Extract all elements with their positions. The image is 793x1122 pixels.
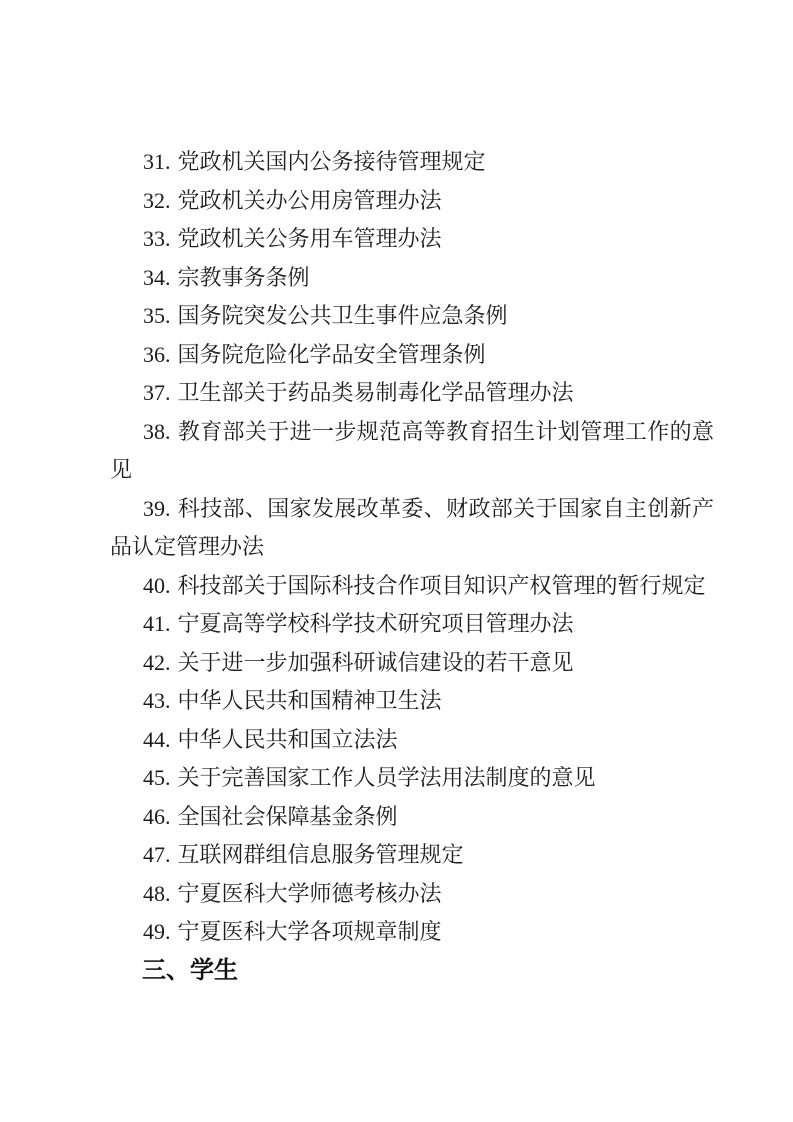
list-item: 47.互联网群组信息服务管理规定 xyxy=(110,836,714,875)
section-heading: 三、学生 xyxy=(110,952,714,991)
item-title: 全国社会保障基金条例 xyxy=(178,804,398,829)
list-item: 31.党政机关国内公务接待管理规定 xyxy=(110,143,714,182)
item-title: 宁夏医科大学师德考核办法 xyxy=(178,881,442,906)
item-number: 43. xyxy=(143,688,171,713)
item-number: 45. xyxy=(143,765,171,790)
item-title: 国务院危险化学品安全管理条例 xyxy=(178,342,486,367)
list-item: 34.宗教事务条例 xyxy=(110,259,714,298)
document-page: 31.党政机关国内公务接待管理规定 32.党政机关办公用房管理办法 33.党政机… xyxy=(0,0,793,1122)
item-title: 关于进一步加强科研诚信建设的若干意见 xyxy=(178,650,574,675)
item-title: 党政机关国内公务接待管理规定 xyxy=(178,149,486,174)
item-number: 49. xyxy=(143,919,171,944)
item-number: 33. xyxy=(143,226,171,251)
item-title: 卫生部关于药品类易制毒化学品管理办法 xyxy=(178,380,574,405)
item-title: 宁夏医科大学各项规章制度 xyxy=(178,919,442,944)
item-title: 党政机关公务用车管理办法 xyxy=(178,226,442,251)
item-title: 党政机关办公用房管理办法 xyxy=(178,188,442,213)
list-item: 43.中华人民共和国精神卫生法 xyxy=(110,682,714,721)
item-number: 31. xyxy=(143,149,171,174)
list-item: 40.科技部关于国际科技合作项目知识产权管理的暂行规定 xyxy=(110,567,714,606)
item-number: 34. xyxy=(143,265,171,290)
item-title: 国务院突发公共卫生事件应急条例 xyxy=(178,303,508,328)
list-item: 49.宁夏医科大学各项规章制度 xyxy=(110,913,714,952)
item-number: 35. xyxy=(143,303,171,328)
document-body: 31.党政机关国内公务接待管理规定 32.党政机关办公用房管理办法 33.党政机… xyxy=(110,143,714,990)
item-title: 科技部关于国际科技合作项目知识产权管理的暂行规定 xyxy=(178,573,706,598)
item-title: 互联网群组信息服务管理规定 xyxy=(178,842,464,867)
list-item: 44.中华人民共和国立法法 xyxy=(110,721,714,760)
statute-list: 31.党政机关国内公务接待管理规定 32.党政机关办公用房管理办法 33.党政机… xyxy=(110,143,714,952)
item-number: 42. xyxy=(143,650,171,675)
item-title: 宗教事务条例 xyxy=(178,265,310,290)
item-title: 科技部、国家发展改革委、财政部关于国家自主创新产品认定管理办法 xyxy=(110,496,714,560)
list-item: 42.关于进一步加强科研诚信建设的若干意见 xyxy=(110,644,714,683)
list-item: 38.教育部关于进一步规范高等教育招生计划管理工作的意见 xyxy=(110,413,714,490)
item-title: 中华人民共和国立法法 xyxy=(178,727,398,752)
item-number: 44. xyxy=(143,727,171,752)
list-item: 36.国务院危险化学品安全管理条例 xyxy=(110,336,714,375)
item-number: 48. xyxy=(143,881,171,906)
item-number: 40. xyxy=(143,573,171,598)
list-item: 45.关于完善国家工作人员学法用法制度的意见 xyxy=(110,759,714,798)
item-title: 关于完善国家工作人员学法用法制度的意见 xyxy=(178,765,596,790)
item-number: 32. xyxy=(143,188,171,213)
list-item: 32.党政机关办公用房管理办法 xyxy=(110,182,714,221)
list-item: 37.卫生部关于药品类易制毒化学品管理办法 xyxy=(110,374,714,413)
list-item: 41.宁夏高等学校科学技术研究项目管理办法 xyxy=(110,605,714,644)
list-item: 46.全国社会保障基金条例 xyxy=(110,798,714,837)
list-item: 48.宁夏医科大学师德考核办法 xyxy=(110,875,714,914)
item-title: 中华人民共和国精神卫生法 xyxy=(178,688,442,713)
item-number: 37. xyxy=(143,380,171,405)
item-title: 教育部关于进一步规范高等教育招生计划管理工作的意见 xyxy=(110,419,714,483)
list-item: 35.国务院突发公共卫生事件应急条例 xyxy=(110,297,714,336)
list-item: 39.科技部、国家发展改革委、财政部关于国家自主创新产品认定管理办法 xyxy=(110,490,714,567)
item-number: 47. xyxy=(143,842,171,867)
item-number: 36. xyxy=(143,342,171,367)
list-item: 33.党政机关公务用车管理办法 xyxy=(110,220,714,259)
item-number: 38. xyxy=(143,419,171,444)
item-title: 宁夏高等学校科学技术研究项目管理办法 xyxy=(178,611,574,636)
item-number: 39. xyxy=(143,496,171,521)
item-number: 46. xyxy=(143,804,171,829)
item-number: 41. xyxy=(143,611,171,636)
